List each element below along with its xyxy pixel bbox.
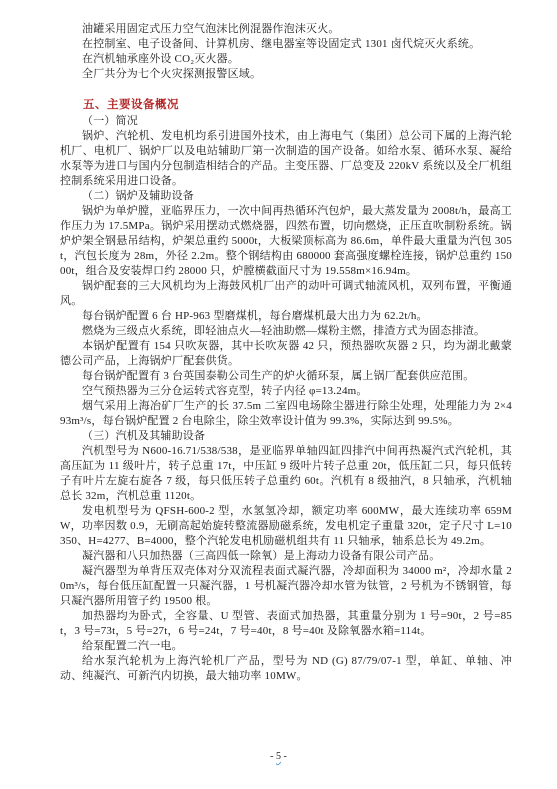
paragraph: 给水泵汽轮机为上海汽轮机厂产品，型号为 ND (G) 87/79/07-1 型，… [60, 654, 512, 684]
paragraph: 油罐采用固定式压力空气泡沫比例混器作泡沫灭火。 [60, 22, 512, 37]
paragraph: 在汽机轴承座外设 CO₂灭火器。 [60, 52, 512, 67]
document-body: 油罐采用固定式压力空气泡沫比例混器作泡沫灭火。 在控制室、电子设备间、计算机房、… [60, 22, 512, 684]
paragraph: 在控制室、电子设备间、计算机房、继电器室等设固定式 1301 卤代烷灭火系统。 [60, 37, 512, 52]
paragraph: 凝汽器型为单背压双壳体对分双流程表面式凝汽器，冷却面积为 34000 m²，冷却… [60, 564, 512, 609]
paragraph: 锅炉为单炉膛，亚临界压力，一次中间再热循环汽包炉，最大蒸发量为 2008t/h，… [60, 204, 512, 279]
paragraph: 凝汽器和八只加热器（三高四低一除氧）是上海动力设备有限公司产品。 [60, 549, 512, 564]
section-heading: 五、主要设备概况 [60, 98, 512, 113]
paragraph: 空气预热器为三分仓运转式容克型，转子内径 φ=13.24m。 [60, 384, 512, 399]
paragraph: 每台锅炉配置 6 台 HP-963 型磨煤机，每台磨煤机最大出力为 62.2t/… [60, 309, 512, 324]
paragraph: 烟气采用上海冶矿厂生产的长 37.5m 二室四电场除尘器进行除尘处理，处理能力为… [60, 399, 512, 429]
paragraph: 加热器均为卧式，全容量、U 型管、表面式加热器，其重量分别为 1 号=90t，2… [60, 609, 512, 639]
subsection-heading: （二）锅炉及辅助设备 [60, 189, 512, 204]
paragraph: 汽机型号为 N600-16.71/538/538，是亚临界单轴四缸四排汽中间再热… [60, 444, 512, 504]
document-page: 油罐采用固定式压力空气泡沫比例混器作泡沫灭火。 在控制室、电子设备间、计算机房、… [0, 0, 557, 789]
subsection-heading: （三）汽机及其辅助设备 [60, 429, 512, 444]
page-number-suffix: - [281, 751, 287, 762]
paragraph: 全厂共分为七个火灾探测报警区域。 [60, 67, 512, 82]
page-footer: - 5 - [0, 751, 557, 763]
paragraph: 锅炉配套的三大风机均为上海鼓风机厂出产的动叶可调式轴流风机，双列布置，平衡通风。 [60, 279, 512, 309]
paragraph: 本锅炉配置有 154 只吹灰器，其中长吹灰器 42 只，预热器吹灰器 2 只，均… [60, 339, 512, 369]
paragraph: 锅炉、汽轮机、发电机均系引进国外技术，由上海电气（集团）总公司下属的上海汽轮机厂… [60, 129, 512, 189]
paragraph: 每台锅炉配置有 3 台英国泰勒公司生产的炉火循环泵，属上锅厂配套供应范围。 [60, 369, 512, 384]
subsection-heading: （一）简况 [60, 114, 512, 129]
paragraph: 给泵配置二汽一电。 [60, 639, 512, 654]
paragraph: 发电机型号为 QFSH-600-2 型，水氢氢冷却，额定功率 600MW，最大连… [60, 504, 512, 549]
paragraph: 燃烧为三级点火系统，即轻油点火—轻油助燃—煤粉主燃，排渣方式为固态排渣。 [60, 324, 512, 339]
